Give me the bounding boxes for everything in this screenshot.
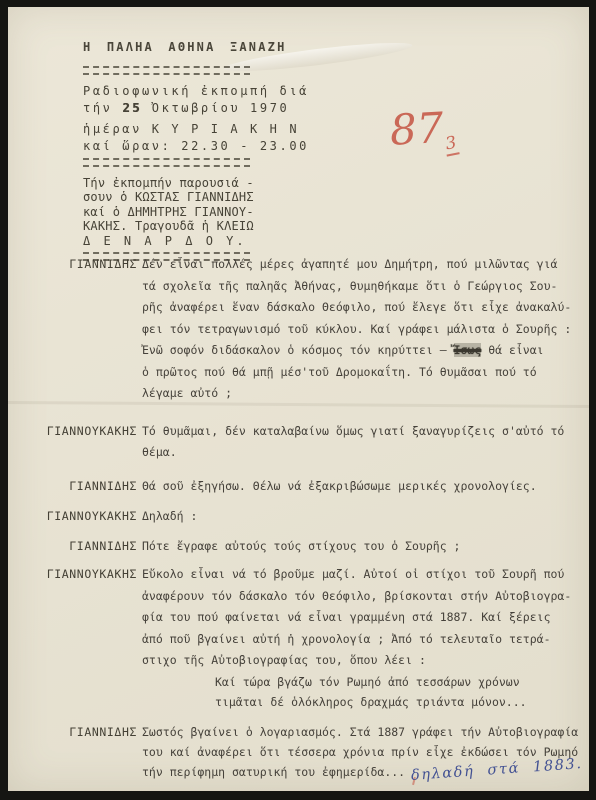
presenter-line: ΚΑΚΗΣ. Τραγουδᾶ ἡ ΚΛΕΙΩ xyxy=(83,219,333,233)
dialogue-entry: ΓΙΑΝΝΙΔΗΣΣωστός βγαίνει ὁ λογαριασμός. Σ… xyxy=(33,722,583,782)
dialogue-lines: Δέν εἶναι πολλές μέρες ἀγαπητέ μου Δημήτ… xyxy=(142,254,583,405)
speaker-label: ΓΙΑΝΝΟΥΚΑΚΗΣ xyxy=(33,506,137,528)
daytime-info: ἡμέραν Κ Υ Ρ Ι Α Κ Η Ν καί ὥραν: 22.30 -… xyxy=(83,121,333,154)
paper-sheet: Η ΠΑΛΗΑ ΑΘΗΝΑ ΞΑΝΑΖΗ Ραδιοφωνική ἐκπομπή… xyxy=(8,7,589,791)
dialogue-lines: Πότε ἔγραφε αὐτούς τούς στίχους του ὁ Σο… xyxy=(142,536,583,558)
verse-line: Καί τώρα βγάζω τόν Ρωμηό ἀπό τεσσάρων χρ… xyxy=(142,672,583,693)
document-header: Η ΠΑΛΗΑ ΑΘΗΝΑ ΞΑΝΑΖΗ Ραδιοφωνική ἐκπομπή… xyxy=(83,40,333,261)
broadcast-info: Ραδιοφωνική ἐκπομπή διά τήν 25 Ὀκτωβρίου… xyxy=(83,83,333,116)
dialogue-entry: ΓΙΑΝΝΟΥΚΑΚΗΣΤό θυμᾶμαι, δέν καταλαβαίνω … xyxy=(33,421,583,464)
dialogue-line: Δηλαδή : xyxy=(142,506,583,528)
dialogue-line: θέμα. xyxy=(142,442,583,464)
struck-out-word: Ἴσως xyxy=(454,343,482,357)
dialogue-line: στιχο τῆς Αὐτοβιογραφίας του, ὅπου λέει … xyxy=(142,650,583,672)
dialogue-line: Σωστός βγαίνει ὁ λογαριασμός. Στά 1887 γ… xyxy=(142,722,583,742)
presenter-line: Δ Ε Ν Α Ρ Δ Ο Υ. xyxy=(83,234,333,248)
verse-line: τιμᾶται δέ ὁλόκληρος δραχμάς τριάντα μόν… xyxy=(142,692,583,713)
dialogue-entry: ΓΙΑΝΝΟΥΚΑΚΗΣΕὔκολο εἶναι νά τό βροῦμε μα… xyxy=(33,564,583,713)
dialogue-line: ρῆς ἀναφέρει ἕναν δάσκαλο Θεόφιλο, πού ἔ… xyxy=(142,297,583,319)
broadcast-line: Ραδιοφωνική ἐκπομπή διά xyxy=(83,83,333,100)
dialogue-line: φία του πού φαίνεται νά εἶναι γραμμένη σ… xyxy=(142,607,583,629)
presenter-line: Τήν ἐκπομπήν παρουσιά - xyxy=(83,176,333,190)
document-title: Η ΠΑΛΗΑ ΑΘΗΝΑ ΞΑΝΑΖΗ xyxy=(83,40,333,54)
broadcast-date-line: τήν 25 Ὀκτωβρίου 1970 xyxy=(83,100,333,117)
dialogue-line: Δέν εἶναι πολλές μέρες ἀγαπητέ μου Δημήτ… xyxy=(142,254,583,276)
day-line: ἡμέραν Κ Υ Ρ Ι Α Κ Η Ν xyxy=(83,121,333,138)
dashed-rule xyxy=(83,66,250,75)
speaker-label: ΓΙΑΝΝΙΔΗΣ xyxy=(33,722,137,782)
dialogue-entry: ΓΙΑΝΝΟΥΚΑΚΗΣΔηλαδή : xyxy=(33,506,583,528)
date-post: Ὀκτωβρίου 1970 xyxy=(142,101,289,115)
page-number-suffix: 3 xyxy=(444,135,460,157)
dialogue-line: λέγαμε αὐτό ; xyxy=(142,383,583,405)
dialogue-line: τά σχολεῖα τῆς παληᾶς Ἀθήνας, θυμηθήκαμε… xyxy=(142,276,583,298)
speaker-label: ΓΙΑΝΝΟΥΚΑΚΗΣ xyxy=(33,564,137,713)
page-number-main: 87 xyxy=(389,103,445,155)
dialogue-lines: Σωστός βγαίνει ὁ λογαριασμός. Στά 1887 γ… xyxy=(142,722,583,782)
speaker-label: ΓΙΑΝΝΙΔΗΣ xyxy=(33,476,137,498)
dialogue-line: Θά σοῦ ἐξηγήσω. Θέλω νά ἐξακριβώσωμε μερ… xyxy=(142,476,583,498)
dialogue-lines: Εὔκολο εἶναι νά τό βροῦμε μαζί. Αὐτοί οἱ… xyxy=(142,564,583,713)
dialogue-line: Εὔκολο εἶναι νά τό βροῦμε μαζί. Αὐτοί οἱ… xyxy=(142,564,583,586)
dialogue-line: Ἐνῶ σοφόν διδάσκαλον ὁ κόσμος τόν κηρύττ… xyxy=(142,340,583,362)
dashed-rule xyxy=(83,158,250,167)
hours-line: καί ὥραν: 22.30 - 23.00 xyxy=(83,138,333,155)
scanned-document-page: Η ΠΑΛΗΑ ΑΘΗΝΑ ΞΑΝΑΖΗ Ραδιοφωνική ἐκπομπή… xyxy=(0,0,596,800)
dialogue-line: Τό θυμᾶμαι, δέν καταλαβαίνω ὅμως γιατί ξ… xyxy=(142,421,583,443)
speaker-label: ΓΙΑΝΝΟΥΚΑΚΗΣ xyxy=(33,421,137,464)
dialogue-lines: Θά σοῦ ἐξηγήσω. Θέλω νά ἐξακριβώσωμε μερ… xyxy=(142,476,583,498)
speaker-label: ΓΙΑΝΝΙΔΗΣ xyxy=(33,536,137,558)
dialogue-line: ἀπό ποῦ βγαίνει αὐτή ἡ χρονολογία ; Ἀπό … xyxy=(142,629,583,651)
dialogue-entry: ΓΙΑΝΝΙΔΗΣΘά σοῦ ἐξηγήσω. Θέλω νά ἐξακριβ… xyxy=(33,476,583,498)
dialogue-lines: Τό θυμᾶμαι, δέν καταλαβαίνω ὅμως γιατί ξ… xyxy=(142,421,583,464)
dialogue-line: ἀναφέρουν τόν δάσκαλο τόν Θεόφιλο, βρίσκ… xyxy=(142,586,583,608)
dialogue-line: τήν περίφημη σατυρική του ἐφημερίδα...δη… xyxy=(142,762,583,782)
presenters-block: Τήν ἐκπομπήν παρουσιά - σουν ὁ ΚΩΣΤΑΣ ΓΙ… xyxy=(83,176,333,248)
speaker-label: ΓΙΑΝΝΙΔΗΣ xyxy=(33,254,137,405)
presenter-line: σουν ὁ ΚΩΣΤΑΣ ΓΙΑΝΝΙΔΗΣ xyxy=(83,190,333,204)
presenter-line: καί ὁ ΔΗΜΗΤΡΗΣ ΓΙΑΝΝΟΥ- xyxy=(83,205,333,219)
dialogue: ΓΙΑΝΝΙΔΗΣΔέν εἶναι πολλές μέρες ἀγαπητέ … xyxy=(33,254,583,790)
dialogue-lines: Δηλαδή : xyxy=(142,506,583,528)
dialogue-entry: ΓΙΑΝΝΙΔΗΣΔέν εἶναι πολλές μέρες ἀγαπητέ … xyxy=(33,254,583,405)
date-pre: τήν xyxy=(83,101,122,115)
dialogue-entry: ΓΙΑΝΝΙΔΗΣΠότε ἔγραφε αὐτούς τούς στίχους… xyxy=(33,536,583,558)
handwritten-page-number: 873 xyxy=(389,105,458,152)
date-number: 25 xyxy=(122,101,142,115)
dialogue-line: ὁ πρῶτος πού θά μπῇ μέσ'τοῦ Δρομοκαΐτη. … xyxy=(142,362,583,384)
dialogue-line: Πότε ἔγραφε αὐτούς τούς στίχους του ὁ Σο… xyxy=(142,536,583,558)
dialogue-line: φει τόν τετραγωνισμό τοῦ κύκλου. Καί γρά… xyxy=(142,319,583,341)
